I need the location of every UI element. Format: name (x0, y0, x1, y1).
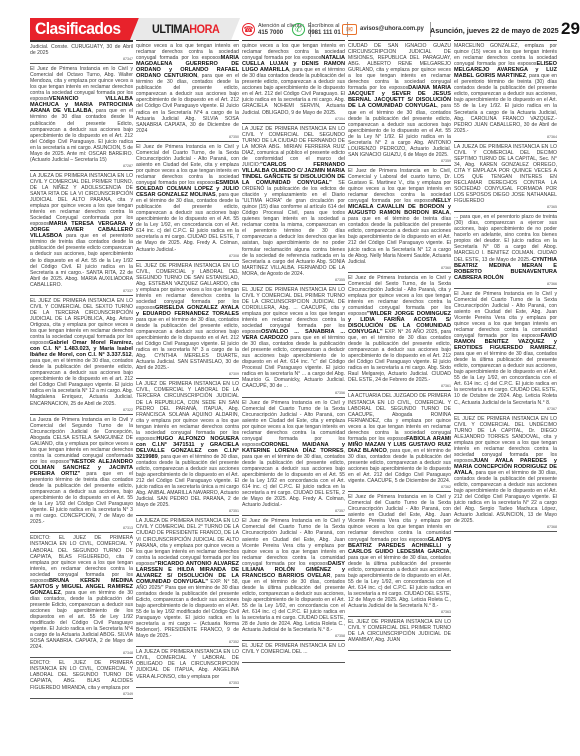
notice-text-cont: SE ORDENÓ la publicación de los edictos … (242, 180, 345, 277)
notice-text: LA JUEZA DE PRIMERA INSTANCIA EN LO CIVI… (454, 144, 557, 204)
legal-notice: LA JUEZA DE PRIMERA INSTANCIA EN LO CIVI… (136, 518, 239, 640)
notice-text-cont: , para que en el término de 30 días cont… (242, 67, 345, 115)
notice-text-cont: para que en el perentorio término de tre… (30, 233, 133, 287)
notice-code: 87368 (547, 525, 557, 529)
notice-text: El Juez de Primera Instancia en lo Civil… (242, 400, 345, 448)
notice-divider: 87313 (30, 526, 133, 533)
notice-text: El Juez de Primera Instancia en lo Civil… (454, 291, 557, 339)
notice-divider: 87366 (454, 282, 557, 289)
contact-email: ✉ avisos@uhora.com.py (342, 21, 431, 38)
legal-notice: EL JUEZ DE PRIMERA INSTANCIA EN LO CIVIL… (242, 643, 345, 656)
dateline: Asunción, jueves 22 de mayo de 2025 (430, 26, 559, 35)
notice-code: 87322 (123, 408, 133, 412)
notice-code: 87357 (335, 509, 345, 513)
legal-notice: LA JUEZ DE PRIMERA INSTANCIA EN LO CIVIL… (242, 126, 345, 278)
notice-text-cont: , para que en el término de 30 días, con… (454, 345, 557, 405)
legal-notice: Judicial. Conste. CURUGUATY, 30 de Abril… (30, 44, 133, 57)
legal-notice: ... para que, en el perentorio plazo de … (454, 214, 557, 282)
notice-text: EL JUEZ DE PRIMERA INSTANCIA EN LO CIVIL… (348, 619, 451, 643)
notice-text-cont: , para que en el término de 30 días, con… (348, 103, 451, 157)
notice-divider: 87354 (242, 117, 345, 124)
notice-text-cont: , para que, en el término de 30 días, co… (348, 448, 451, 484)
notice-divider: 87308 (136, 254, 239, 261)
legal-notice: quince veces a los que tengan interés en… (136, 43, 239, 135)
logo-part-hora: HORA (189, 22, 219, 36)
notice-divider: 87337 (30, 289, 133, 296)
notice-text-cont: para que en el término de 30 días, conta… (136, 317, 239, 371)
notice-divider: 87356 (242, 391, 345, 398)
notice-text: EL JUEZ DE PRIMERA INSTANCIA EN LO CIVIL… (242, 643, 345, 655)
legal-notice: El Juez de Primera Instancia en lo Civil… (454, 291, 557, 407)
mail-icon: ✉ (342, 24, 357, 35)
notice-divider: 87350 (136, 135, 239, 142)
notice-code: 87352 (229, 640, 239, 644)
notice-text: EL JUEZ DE PRIMERA INSTANCIA EN LO CIVIL… (242, 287, 345, 335)
column-5: MARCELINO GONZALEZ, emplaza por quince (… (454, 40, 557, 740)
legal-notice: EL JUEZ DE PRIMERA INSTANCIA EN LO CIVIL… (454, 416, 557, 526)
notice-code: 87351 (229, 509, 239, 513)
notice-text-cont: EXP. N° 26 AÑO 2025, para que, en el tér… (348, 329, 451, 383)
notice-text: EDICTO: EL JUEZ DE PRIMERA INSTANCIA EN … (30, 535, 133, 583)
notice-divider: 87347 (30, 57, 133, 64)
notice-code: 87308 (229, 254, 239, 258)
notice-text: LA JUEZA DE PRIMERA INSTANCIA EN LO CIVI… (30, 173, 133, 227)
notice-code: 87359 (441, 159, 451, 163)
notice-divider: 87361 (348, 384, 451, 391)
classifieds-columns: Judicial. Conste. CURUGUATY, 30 de Abril… (30, 40, 557, 740)
legal-notice: CIUDAD DE SAN IGNACIO GUAZU CIRCUNSCRIPC… (348, 43, 451, 159)
notice-text: La Jueza de Primera Instancia en lo Civi… (30, 417, 133, 465)
legal-notice: El Juez de Primera Instancia en lo Civil… (242, 400, 345, 510)
section-title: Clasificados (35, 19, 121, 39)
notice-code: 87361 (441, 384, 451, 388)
notice-text-cont: , para que en el término de 30 días, con… (242, 573, 345, 633)
legal-notice: EDICTO: EL JUEZ DE PRIMERA INSTANCIA EN … (30, 660, 133, 691)
notice-text: Judicial. Conste. CURUGUATY, 30 de Abril… (30, 44, 133, 56)
legal-notice: El Juez de Primera Instancia en lo Civil… (348, 275, 451, 385)
notice-text: LA ACTUARIA DEL JUZGADO DE PRIMERA INSTA… (348, 393, 451, 441)
notice-divider (348, 644, 451, 651)
notice-code: 87349 (123, 692, 133, 696)
legal-notice: El Juez de Primera Instancia en lo Civil… (30, 66, 133, 164)
legal-notice: EL JUEZ DE PRIMERA INSTANCIA EN LO CIVIL… (30, 298, 133, 408)
notice-text: El Juez de Primera Instancia en lo Civil… (242, 518, 345, 566)
notice-text-cont: EXP. N° 58, AÑO 2025/" Para que en térmi… (136, 579, 239, 639)
notice-text-cont: , para que en el término de 30 días, con… (348, 549, 451, 609)
notice-code: 87366 (547, 282, 557, 286)
notice-text-cont: , para que en el término de 30 días cont… (30, 108, 133, 162)
notice-code: 87287 (123, 164, 133, 168)
page-header: Clasificados ULTIMAHORA ☎ Atención al cl… (30, 18, 560, 40)
legal-notice: EDICTO: EL JUEZ DE PRIMERA INSTANCIA EN … (30, 535, 133, 651)
notice-divider: 87309 (136, 372, 239, 379)
notice-text: LA JUEZA DE PRIMERA INSTANCIA EN LO CIVI… (136, 649, 239, 679)
notice-text: EL JUEZ DE PRIMERA INSTANCIA EN LO CIVIL… (30, 298, 133, 346)
column-3: quince veces a los que tengan interés en… (242, 40, 345, 740)
legal-notice: EL JUEZ DE PRIMERA INSTANCIA EN LO CIVIL… (242, 287, 345, 391)
notice-code: 87364 (547, 135, 557, 139)
whatsapp-icon: ✆ (292, 23, 305, 36)
contact-whatsapp: ✆ Escríbinos al0981 111 01 (292, 21, 348, 38)
legal-notice: LA ACTUARIA DEL JUZGADO DE PRIMERA INSTA… (348, 393, 451, 485)
notice-text: CIUDAD DE SAN IGNACIO GUAZU CIRCUNSCRIPC… (348, 43, 451, 91)
notice-text-cont: , para que en el término de 30 días, con… (136, 192, 239, 252)
notice-code: 87355 (335, 278, 345, 282)
logo-part-ultima: ULTIMA (152, 22, 189, 36)
notice-code: 87354 (335, 117, 345, 121)
notice-divider: 87363 (348, 610, 451, 617)
notice-divider: 87367 (454, 407, 557, 414)
notice-text-cont: , para que en el término de 30 días, con… (242, 448, 345, 508)
notice-text-cont: , para que en el término de 30 días, con… (136, 73, 239, 133)
notice-code: 87367 (547, 407, 557, 411)
notice-divider: 87351 (136, 509, 239, 516)
notice-divider: 87348 (30, 651, 133, 658)
notice-code: 87360 (441, 266, 451, 270)
notice-code: 87337 (123, 289, 133, 293)
notice-text-cont: , para que en término de 30 días contado… (30, 590, 133, 650)
notice-text-cont: , para que en el término de 30 días, con… (454, 470, 557, 524)
legal-notice: La Jueza de Primera Instancia en lo Civi… (30, 417, 133, 527)
notice-text: LA JUEZA DE PRIMERA INSTANCIA EN LO CIVI… (136, 518, 239, 566)
notice-divider: 87365 (454, 205, 557, 212)
notice-divider: 87360 (348, 266, 451, 273)
legal-notice: El Juez de Primera Instancia en lo Civil… (348, 168, 451, 266)
notice-text-cont: , para que, en el término de 30 días, co… (30, 352, 133, 406)
notice-divider: 87364 (454, 135, 557, 142)
notice-code: 87362 (441, 485, 451, 489)
notice-code: 87350 (229, 135, 239, 139)
legal-notice: El Juez de Primera Instancia en lo Civil… (136, 144, 239, 254)
column-1: Judicial. Conste. CURUGUATY, 30 de Abril… (30, 40, 133, 740)
legal-notice: LA JUEZA DE PRIMERA INSTANCIA EN LO CIVI… (30, 173, 133, 289)
notice-divider: 87355 (242, 278, 345, 285)
contact-email-value: avisos@uhora.com.py (360, 26, 424, 32)
legal-notice: LA JUEZA DE PRIMERA INSTANCIA EN LO CIVI… (136, 649, 239, 680)
notice-code: 87356 (335, 391, 345, 395)
notice-divider: 87353 (136, 681, 239, 688)
contact-phone-value: 415 7000 (258, 30, 283, 36)
notice-text-cont: para que en el perentorio término de tre… (30, 471, 133, 525)
notice-divider: 87358 (242, 634, 345, 641)
newspaper-logo: ULTIMAHORA (152, 22, 219, 36)
notice-text-cont: , para que en el perentorio término de t… (454, 73, 557, 133)
notice-divider: 87357 (242, 509, 345, 516)
notice-code: 87348 (123, 651, 133, 655)
column-2: quince veces a los que tengan interés en… (136, 40, 239, 740)
legal-notice: El Juez de Primera Instancia en lo Civil… (348, 494, 451, 610)
phone-icon: ☎ (242, 23, 255, 36)
column-4: CIUDAD DE SAN IGNACIO GUAZU CIRCUNSCRIPC… (348, 40, 451, 740)
notice-text: EDICTO: EL JUEZ DE PRIMERA INSTANCIA EN … (30, 660, 133, 690)
page-number: 29 (561, 19, 580, 39)
notice-code: 87353 (229, 681, 239, 685)
notice-text: El Juez de Primera Instancia en lo Civil… (348, 494, 451, 542)
notice-divider: 87349 (30, 692, 133, 699)
notice-divider: 87362 (348, 485, 451, 492)
notice-divider: 87322 (30, 408, 133, 415)
contact-whatsapp-label: Escríbinos al (308, 23, 340, 29)
notice-text-cont: , para que en el término de treinta días… (348, 210, 451, 264)
notice-divider: 87359 (348, 159, 451, 166)
notice-text: EL JUEZ DE PRIMERA INSTANCIA EN LO CIVIL… (136, 263, 239, 311)
legal-notice: quince veces a los que tengan interés en… (242, 43, 345, 117)
notice-text: ... para que, en el perentorio plazo de … (454, 214, 557, 262)
legal-notice: LA JUEZ DE PRIMERA INSTANCIA EN LO CIVIL… (136, 381, 239, 509)
legal-notice: MARCELINO GONZALEZ, emplaza por quince (… (454, 43, 557, 135)
contact-whatsapp-value: 0981 111 01 (308, 30, 341, 36)
notice-code: 87347 (123, 57, 133, 61)
notice-code: 87313 (123, 526, 133, 530)
notice-text-cont: para que en el término de 30 días, conta… (242, 335, 345, 389)
notice-text-cont: , para que en el término de 30 días, con… (136, 454, 239, 508)
legal-notice: El Juez de Primera Instancia en lo Civil… (242, 518, 345, 634)
notice-code: 87358 (335, 634, 345, 638)
notice-code: 87363 (441, 610, 451, 614)
legal-notice: LA JUEZA DE PRIMERA INSTANCIA EN LO CIVI… (454, 144, 557, 205)
notice-divider (242, 656, 345, 663)
notice-code: 87309 (229, 372, 239, 376)
notice-code: 87365 (547, 205, 557, 209)
legal-notice: EL JUEZ DE PRIMERA INSTANCIA EN LO CIVIL… (348, 619, 451, 644)
notice-text: LA JUEZ DE PRIMERA INSTANCIA EN LO CIVIL… (136, 381, 239, 441)
notice-divider: 87352 (136, 640, 239, 647)
notice-divider: 87287 (30, 164, 133, 171)
notice-text: EL JUEZ DE PRIMERA INSTANCIA EN LO CIVIL… (454, 416, 557, 464)
notice-divider: 87368 (454, 525, 557, 532)
legal-notice: EL JUEZ DE PRIMERA INSTANCIA EN LO CIVIL… (136, 263, 239, 373)
